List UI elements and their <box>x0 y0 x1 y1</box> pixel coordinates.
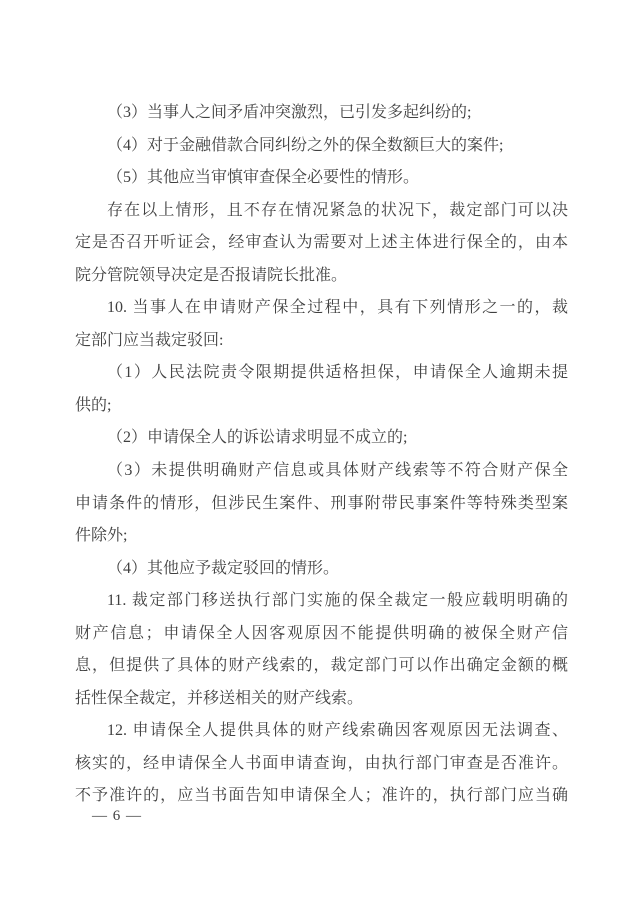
document-line: 核实的，经申请保全人书面申请查询，由执行部门审查是否准许。 <box>75 748 568 781</box>
document-body: （3）当事人之间矛盾冲突激烈，已引发多起纠纷的;（4）对于金融借款合同纠纷之外的… <box>75 97 568 813</box>
document-line: 息，但提供了具体的财产线索的，裁定部门可以作出确定金额的概 <box>75 650 568 683</box>
paragraph-clause-10: 10. 当事人在申请财产保全过程中，具有下列情形之一的，裁定部门应当裁定驳回: <box>75 292 568 357</box>
paragraph-item-4: （4）对于金融借款合同纠纷之外的保全数额巨大的案件; <box>75 130 568 163</box>
page-number: — 6 — <box>92 806 142 826</box>
paragraph-item-10-3: （3）未提供明确财产信息或具体财产线索等不符合财产保全申请条件的情形，但涉民生案… <box>75 455 568 553</box>
paragraph-item-10-2: （2）申请保全人的诉讼请求明显不成立的; <box>75 422 568 455</box>
document-line: 11. 裁定部门移送执行部门实施的保全裁定一般应载明明确的 <box>75 585 568 618</box>
document-line: （4）对于金融借款合同纠纷之外的保全数额巨大的案件; <box>75 130 568 163</box>
document-line: （1）人民法院责令限期提供适格担保，申请保全人逾期未提 <box>75 357 568 390</box>
document-line: 12. 申请保全人提供具体的财产线索确因客观原因无法调查、 <box>75 715 568 748</box>
document-line: 供的; <box>75 390 568 423</box>
document-line: 存在以上情形，且不存在情况紧急的状况下，裁定部门可以决 <box>75 195 568 228</box>
document-line: 10. 当事人在申请财产保全过程中，具有下列情形之一的，裁 <box>75 292 568 325</box>
paragraph-para-hearing-decision: 存在以上情形，且不存在情况紧急的状况下，裁定部门可以决定是否召开听证会，经审查认… <box>75 195 568 293</box>
paragraph-clause-11: 11. 裁定部门移送执行部门实施的保全裁定一般应载明明确的财产信息；申请保全人因… <box>75 585 568 715</box>
document-line: （3）当事人之间矛盾冲突激烈，已引发多起纠纷的; <box>75 97 568 130</box>
document-line: 件除外; <box>75 520 568 553</box>
document-line: 括性保全裁定，并移送相关的财产线索。 <box>75 683 568 716</box>
paragraph-clause-12: 12. 申请保全人提供具体的财产线索确因客观原因无法调查、核实的，经申请保全人书… <box>75 715 568 813</box>
document-line: 不予准许的，应当书面告知申请保全人；准许的，执行部门应当确 <box>75 780 568 813</box>
paragraph-item-5: （5）其他应当审慎审查保全必要性的情形。 <box>75 162 568 195</box>
paragraph-item-3: （3）当事人之间矛盾冲突激烈，已引发多起纠纷的; <box>75 97 568 130</box>
document-line: （3）未提供明确财产信息或具体财产线索等不符合财产保全 <box>75 455 568 488</box>
document-line: 定是否召开听证会，经审查认为需要对上述主体进行保全的，由本 <box>75 227 568 260</box>
document-line: （4）其他应予裁定驳回的情形。 <box>75 553 568 586</box>
document-line: 院分管院领导决定是否报请院长批准。 <box>75 260 568 293</box>
document-line: （2）申请保全人的诉讼请求明显不成立的; <box>75 422 568 455</box>
document-line: 申请条件的情形，但涉民生案件、刑事附带民事案件等特殊类型案 <box>75 488 568 521</box>
document-line: （5）其他应当审慎审查保全必要性的情形。 <box>75 162 568 195</box>
paragraph-item-10-4: （4）其他应予裁定驳回的情形。 <box>75 553 568 586</box>
paragraph-item-10-1: （1）人民法院责令限期提供适格担保，申请保全人逾期未提供的; <box>75 357 568 422</box>
document-line: 财产信息；申请保全人因客观原因不能提供明确的被保全财产信 <box>75 618 568 651</box>
document-line: 定部门应当裁定驳回: <box>75 325 568 358</box>
document-page: （3）当事人之间矛盾冲突激烈，已引发多起纠纷的;（4）对于金融借款合同纠纷之外的… <box>0 0 640 905</box>
